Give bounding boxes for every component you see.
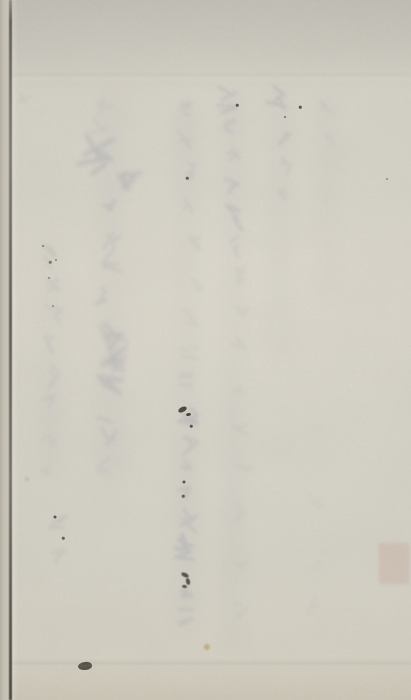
photo-vignette	[0, 0, 411, 700]
manuscript-page-scan	[0, 0, 411, 700]
page-left-edge	[0, 0, 9, 700]
spine-highlight	[12, 0, 18, 700]
